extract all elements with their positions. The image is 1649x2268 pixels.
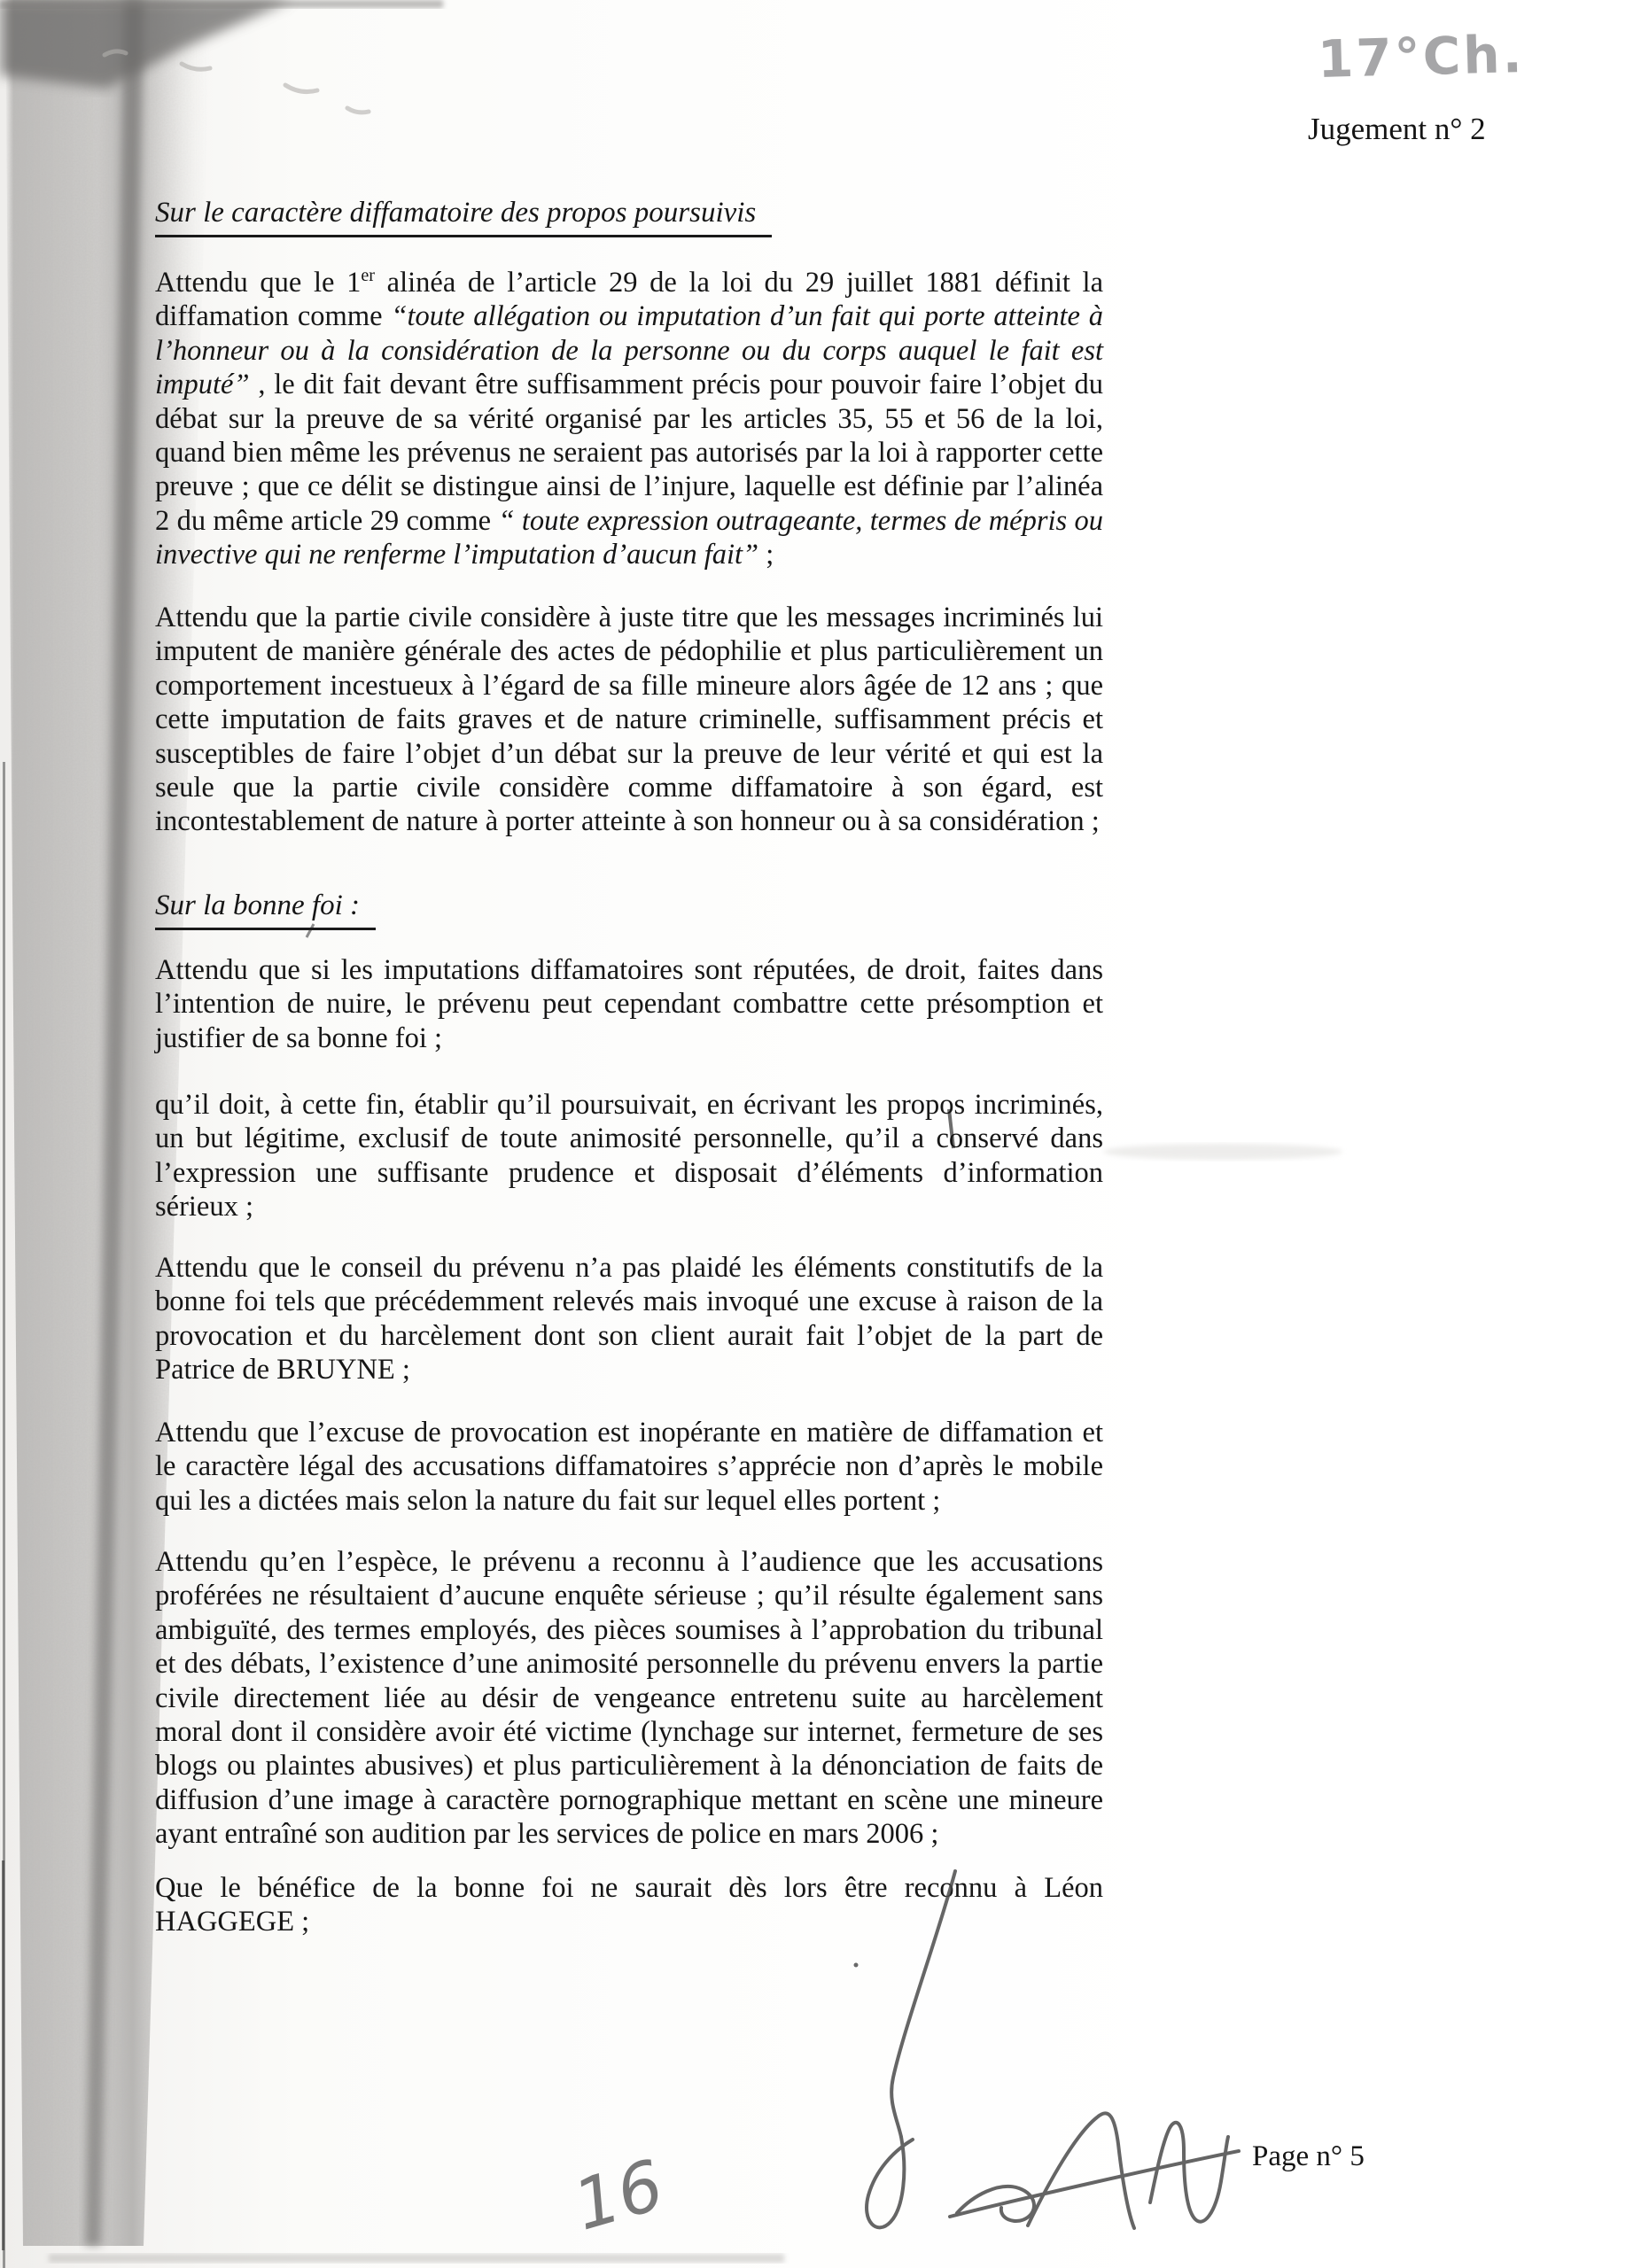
paragraph-definition-diffamation: Attendu que le 1er alinéa de l’article 2… <box>155 266 1103 572</box>
section-heading-defamation: Sur le caractère diffamatoire des propos… <box>155 197 772 237</box>
text-run: qu’il doit, à cette fin, établir qu’il p… <box>155 1089 1103 1223</box>
superscript-er: er <box>361 266 375 285</box>
text-run: Attendu que le 1 <box>155 267 361 299</box>
text-run: ; <box>758 539 774 571</box>
text-run: Attendu que la partie civile considère à… <box>155 602 1103 837</box>
text-run: Attendu qu’en l’espèce, le prévenu a rec… <box>155 1546 1103 1850</box>
paragraph-excuse-provocation: Attendu que l’excuse de provocation est … <box>155 1416 1103 1518</box>
paragraph-but-legitime: qu’il doit, à cette fin, établir qu’il p… <box>155 1088 1103 1224</box>
text-run: Attendu que si les imputations diffamato… <box>155 954 1103 1054</box>
text-run: Attendu que le conseil du prévenu n’a pa… <box>155 1252 1103 1386</box>
document-body: Sur le caractère diffamatoire des propos… <box>0 0 1649 2268</box>
section-heading-bonne-foi-block: Sur la bonne foi : <box>155 889 1103 922</box>
scanned-judgment-page: 17°Ch. Jugement n° 2 Sur le caractère di… <box>0 0 1649 2268</box>
section-heading-bonne-foi: Sur la bonne foi : <box>155 889 376 930</box>
text-run: Attendu que l’excuse de provocation est … <box>155 1417 1103 1517</box>
paragraph-presomption: Attendu que si les imputations diffamato… <box>155 953 1103 1055</box>
text-run: Que le bénéfice de la bonne foi ne saura… <box>155 1872 1103 1938</box>
paragraph-conseil-prevenu: Attendu que le conseil du prévenu n’a pa… <box>155 1251 1103 1387</box>
paragraph-partie-civile: Attendu que la partie civile considère à… <box>155 601 1103 839</box>
page-number-footer: Page n° 5 <box>1252 2140 1365 2173</box>
section-heading-defamation-block: Sur le caractère diffamatoire des propos… <box>155 197 1103 229</box>
paragraph-animosite-personnelle: Attendu qu’en l’espèce, le prévenu a rec… <box>155 1545 1103 1852</box>
paragraph-conclusion-bonne-foi: Que le bénéfice de la bonne foi ne saura… <box>155 1871 1103 1939</box>
